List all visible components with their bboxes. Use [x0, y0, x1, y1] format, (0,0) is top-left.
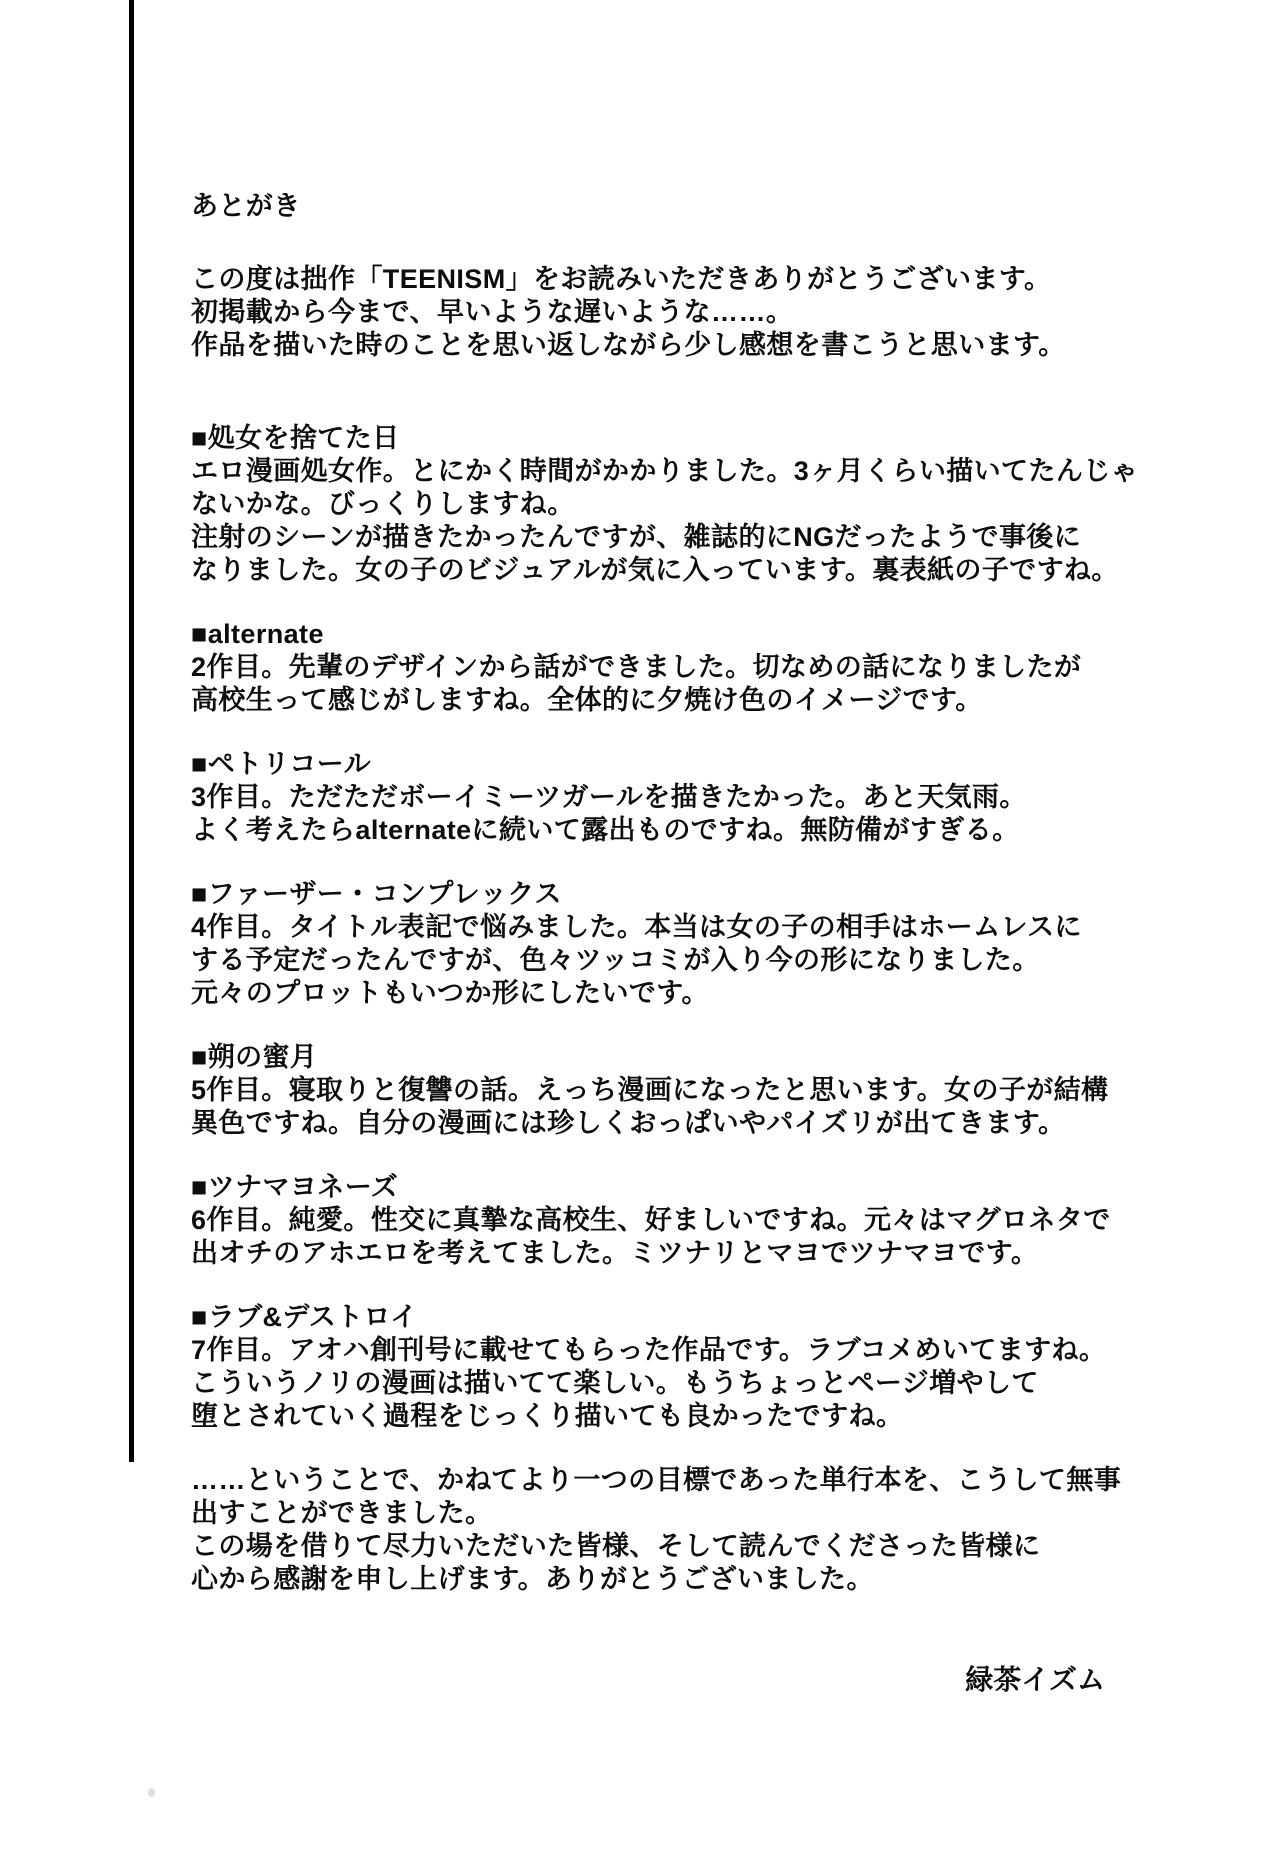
section-virgin-day: ■処女を捨てた日 エロ漫画処女作。とにかく時間がかかりました。3ヶ月くらい描いて… — [191, 422, 1191, 587]
intro-paragraph: この度は拙作「TEENISM」をお読みいただきありがとうございます。 初掲載から… — [191, 263, 1191, 362]
text-line: 7作目。アオハ創刊号に載せてもらった作品です。ラブコメめいてますね。 — [191, 1334, 1191, 1367]
closing-paragraph: ……ということで、かねてより一つの目標であった単行本を、こうして無事 出すことが… — [191, 1464, 1191, 1596]
section-saku-no-mitsugetsu: ■朔の蜜月 5作目。寝取りと復讐の話。えっち漫画になったと思います。女の子が結構… — [191, 1041, 1191, 1140]
text-line: 3作目。ただただボーイミーツガールを描きたかった。あと天気雨。 — [191, 781, 1191, 814]
text-line: よく考えたらalternateに続いて露出ものですね。無防備がすぎる。 — [191, 814, 1191, 847]
section-tuna-mayonnaise: ■ツナマヨネーズ 6作目。純愛。性交に真摯な高校生、好ましいですね。元々はマグロ… — [191, 1171, 1191, 1270]
text-line: 元々のプロットもいつか形にしたいです。 — [191, 977, 1191, 1010]
author-signature: 緑茶イズム — [965, 1663, 1105, 1697]
text-line: エロ漫画処女作。とにかく時間がかかりました。3ヶ月くらい描いてたんじゃ — [191, 455, 1191, 488]
section-love-and-destroy: ■ラブ&デストロイ 7作目。アオハ創刊号に載せてもらった作品です。ラブコメめいて… — [191, 1301, 1191, 1433]
text-line: 堕とされていく過程をじっくり描いても良かったですね。 — [191, 1400, 1191, 1433]
section-header: ■ファーザー・コンプレックス — [191, 878, 1191, 911]
text-line: 注射のシーンが描きたかったんですが、雑誌的にNGだったようで事後に — [191, 521, 1191, 554]
text-line: 高校生って感じがしますね。全体的に夕焼け色のイメージです。 — [191, 684, 1191, 717]
scan-artifact-dot — [148, 1788, 155, 1797]
section-alternate: ■alternate 2作目。先輩のデザインから話ができました。切なめの話になり… — [191, 618, 1191, 717]
text-line: ……ということで、かねてより一つの目標であった単行本を、こうして無事 — [191, 1464, 1191, 1497]
text-line: なりました。女の子のビジュアルが気に入っています。裏表紙の子ですね。 — [191, 554, 1191, 587]
afterword-content: あとがき この度は拙作「TEENISM」をお読みいただきありがとうございます。 … — [191, 190, 1191, 1596]
text-line: 4作目。タイトル表記で悩みました。本当は女の子の相手はホームレスに — [191, 911, 1191, 944]
text-line: この度は拙作「TEENISM」をお読みいただきありがとうございます。 — [191, 263, 1191, 296]
section-petrichor: ■ペトリコール 3作目。ただただボーイミーツガールを描きたかった。あと天気雨。 … — [191, 748, 1191, 847]
text-line: 出オチのアホエロを考えてました。ミツナリとマヨでツナマヨです。 — [191, 1237, 1191, 1270]
text-line: この場を借りて尽力いただいた皆様、そして読んでくださった皆様に — [191, 1530, 1191, 1563]
text-line: 5作目。寝取りと復讐の話。えっち漫画になったと思います。女の子が結構 — [191, 1074, 1191, 1107]
text-line: ないかな。びっくりしますね。 — [191, 488, 1191, 521]
text-line: 作品を描いた時のことを思い返しながら少し感想を書こうと思います。 — [191, 329, 1191, 362]
text-line: する予定だったんですが、色々ツッコミが入り今の形になりました。 — [191, 944, 1191, 977]
text-line: 2作目。先輩のデザインから話ができました。切なめの話になりましたが — [191, 651, 1191, 684]
section-header: ■alternate — [191, 618, 1191, 651]
text-line: 異色ですね。自分の漫画には珍しくおっぱいやパイズリが出てきます。 — [191, 1107, 1191, 1140]
text-line: 初掲載から今まで、早いような遅いような……。 — [191, 296, 1191, 329]
afterword-page: { "page": { "title": "あとがき", "intro": { … — [0, 0, 1280, 1856]
text-line: 心から感謝を申し上げます。ありがとうございました。 — [191, 1563, 1191, 1596]
text-line: こういうノリの漫画は描いてて楽しい。もうちょっとページ増やして — [191, 1367, 1191, 1400]
section-header: ■ラブ&デストロイ — [191, 1301, 1191, 1334]
left-border-rule — [129, 0, 134, 1462]
text-line: 出すことができました。 — [191, 1497, 1191, 1530]
section-header: ■ペトリコール — [191, 748, 1191, 781]
section-header: ■処女を捨てた日 — [191, 422, 1191, 455]
text-line: 6作目。純愛。性交に真摯な高校生、好ましいですね。元々はマグロネタで — [191, 1204, 1191, 1237]
section-header: ■ツナマヨネーズ — [191, 1171, 1191, 1204]
section-father-complex: ■ファーザー・コンプレックス 4作目。タイトル表記で悩みました。本当は女の子の相… — [191, 878, 1191, 1010]
page-title: あとがき — [191, 190, 1191, 223]
section-header: ■朔の蜜月 — [191, 1041, 1191, 1074]
